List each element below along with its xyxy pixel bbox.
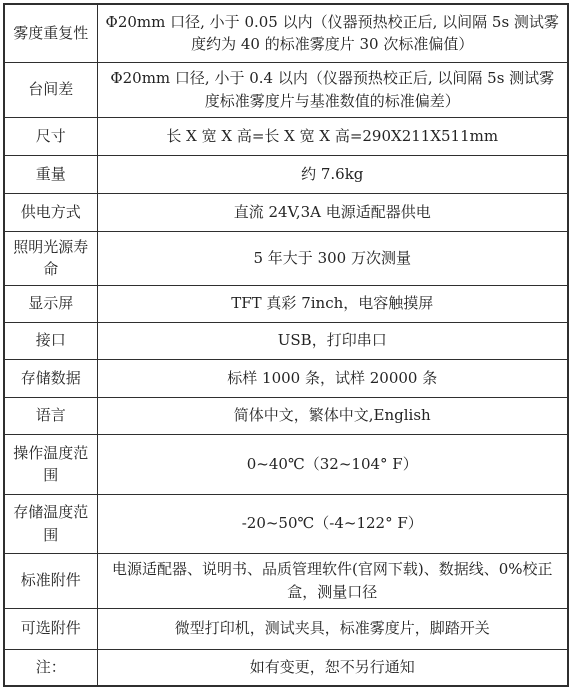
spec-label: 重量: [4, 155, 97, 193]
table-row: 操作温度范围 0~40℃（32~104° F）: [4, 434, 568, 494]
table-row: 显示屏 TFT 真彩 7inch，电容触摸屏: [4, 285, 568, 322]
spec-value: Φ20mm 口径, 小于 0.05 以内（仪器预热校正后, 以间隔 5s 测试雾…: [97, 4, 568, 62]
spec-value: 长 X 宽 X 高=长 X 宽 X 高=290X211X511mm: [97, 117, 568, 155]
spec-value: 标样 1000 条，试样 20000 条: [97, 359, 568, 397]
table-row: 存储数据 标样 1000 条，试样 20000 条: [4, 359, 568, 397]
table-row: 尺寸 长 X 宽 X 高=长 X 宽 X 高=290X211X511mm: [4, 117, 568, 155]
spec-label: 操作温度范围: [4, 434, 97, 494]
spec-label: 标准附件: [4, 553, 97, 608]
spec-value: 5 年大于 300 万次测量: [97, 231, 568, 285]
spec-value: 电源适配器、说明书、品质管理软件(官网下载)、数据线、0%校正盒，测量口径: [97, 553, 568, 608]
spec-label: 照明光源寿命: [4, 231, 97, 285]
spec-label: 存储温度范围: [4, 494, 97, 553]
spec-value: 0~40℃（32~104° F）: [97, 434, 568, 494]
spec-label: 注：: [4, 649, 97, 686]
spec-value: 如有变更，恕不另行通知: [97, 649, 568, 686]
spec-label: 存储数据: [4, 359, 97, 397]
spec-label: 雾度重复性: [4, 4, 97, 62]
spec-table: 雾度重复性 Φ20mm 口径, 小于 0.05 以内（仪器预热校正后, 以间隔 …: [3, 3, 569, 687]
table-row: 台间差 Φ20mm 口径, 小于 0.4 以内（仪器预热校正后, 以间隔 5s …: [4, 62, 568, 117]
table-row: 标准附件 电源适配器、说明书、品质管理软件(官网下载)、数据线、0%校正盒，测量…: [4, 553, 568, 608]
table-row: 注： 如有变更，恕不另行通知: [4, 649, 568, 686]
spec-label: 尺寸: [4, 117, 97, 155]
spec-value: 微型打印机，测试夹具，标准雾度片，脚踏开关: [97, 608, 568, 649]
spec-value: USB，打印串口: [97, 322, 568, 359]
table-row: 语言 简体中文，繁体中文,English: [4, 397, 568, 434]
spec-value: 直流 24V,3A 电源适配器供电: [97, 193, 568, 231]
table-row: 可选附件 微型打印机，测试夹具，标准雾度片，脚踏开关: [4, 608, 568, 649]
table-row: 接口 USB，打印串口: [4, 322, 568, 359]
table-row: 存储温度范围 -20~50℃（-4~122° F）: [4, 494, 568, 553]
spec-value: -20~50℃（-4~122° F）: [97, 494, 568, 553]
table-row: 重量 约 7.6kg: [4, 155, 568, 193]
table-row: 供电方式 直流 24V,3A 电源适配器供电: [4, 193, 568, 231]
spec-label: 语言: [4, 397, 97, 434]
table-row: 雾度重复性 Φ20mm 口径, 小于 0.05 以内（仪器预热校正后, 以间隔 …: [4, 4, 568, 62]
spec-label: 可选附件: [4, 608, 97, 649]
table-row: 照明光源寿命 5 年大于 300 万次测量: [4, 231, 568, 285]
spec-label: 显示屏: [4, 285, 97, 322]
spec-value: 约 7.6kg: [97, 155, 568, 193]
spec-label: 台间差: [4, 62, 97, 117]
spec-value: 简体中文，繁体中文,English: [97, 397, 568, 434]
spec-value: TFT 真彩 7inch，电容触摸屏: [97, 285, 568, 322]
spec-label: 供电方式: [4, 193, 97, 231]
spec-label: 接口: [4, 322, 97, 359]
spec-value: Φ20mm 口径, 小于 0.4 以内（仪器预热校正后, 以间隔 5s 测试雾度…: [97, 62, 568, 117]
